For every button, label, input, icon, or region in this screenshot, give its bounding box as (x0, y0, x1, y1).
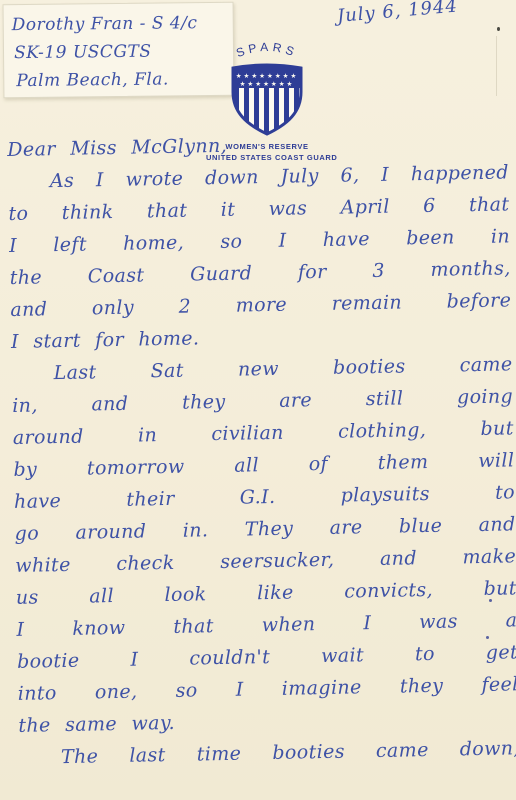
letter-page: Dorothy Fran - S 4/c SK-19 USCGTS Palm B… (0, 0, 516, 800)
sender-address-label: Dorothy Fran - S 4/c SK-19 USCGTS Palm B… (3, 2, 235, 98)
shield-stars-row2: ★★★★★★★ (240, 80, 295, 88)
sender-name-line: Dorothy Fran - S 4/c (12, 9, 233, 39)
letter-body-lines: As I wrote down July 6, I happenedto thi… (8, 156, 516, 774)
ink-speck (489, 599, 492, 602)
letter-body: Dear Miss McGlynn, As I wrote down July … (7, 124, 516, 774)
coast-guard-shield-icon: SPARS ★★★★★★★★ ★★★★★★★ (206, 36, 328, 140)
sender-unit-line: SK-19 USCGTS (12, 37, 233, 67)
ink-speck (497, 27, 500, 31)
ink-speck (486, 636, 489, 639)
sender-city-line: Palm Beach, Fla. (12, 65, 233, 95)
shield-stars-row1: ★★★★★★★★ (236, 72, 299, 80)
paper-crease (496, 36, 497, 96)
spars-title-text: SPARS (234, 40, 299, 60)
letter-date: July 6, 1944 (336, 0, 459, 27)
